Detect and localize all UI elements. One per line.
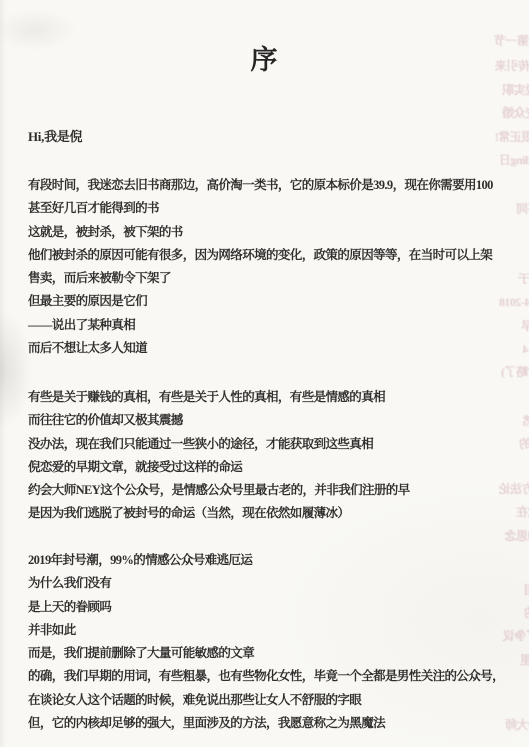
bleedthrough-line: 从此借鉴之上,我总算登得了行业,是一个行业需要被整顿,它已经相 [525,581,529,598]
text-line: 为什么我们没有 [28,572,509,595]
bleedthrough-line: ▶ 鲜英文人这3个顺念,她会变成ding日 [499,151,529,168]
bleedthrough-line: (无法忍耐2)3,4里,至于那不能面世就带省略了) [501,363,529,380]
text-line: 而后不想让太多人知道 [28,337,509,360]
text-line: 2019年封号潮，99%的情感公众号难逃厄运 [28,549,509,572]
bleedthrough-line: ▶ 打破女关系的囚牢里,重要天态动情变众婚 [503,104,529,121]
bleedthrough-line: 早期她的内容,还未收录进来,内容更丰富,时间跨度是2012-2014 [523,340,529,357]
bleedthrough-line: (因为我们有2个公众号,小号全部是我精选好的那些时段是上早 [521,317,529,334]
bleedthrough-line: 时间拮据,混合(6一起,继续借鉴更新的 [519,435,529,452]
text-line: 有些是关于赚钱的真相，有些是关于人性的真相，有些是情感的真相 [28,386,509,409]
text-line: 是上天的眷顾吗 [28,596,509,619]
text-line: 倪恋爱的早期文章，就接受过这样的命运 [28,456,509,479]
text-line: ——说出了某种真相 [28,314,509,337]
bleedthrough-line: 但人生没有白走的路,人生有很多种活法,其中有一种就是危险的 [525,604,529,621]
text-line: 但，它的内核却足够的强大，里面涉及的方法，我愿意称之为黑魔法 [28,712,509,735]
bleedthrough-line: 您可能会读这段文字了许多推荐,慢慢改在 [517,503,529,520]
bleedthrough-line: 是不想妥协,退底在想看到我们的文章画风有那么点不同 [517,200,529,217]
text-line: 但最主要的原因是它们 [28,290,509,313]
text-line: 的确，我们早期的用词，有些粗暴，也有些物化女性，毕竟一个全都是男性关注的公众号， [28,665,509,688]
bleedthrough-line: 我只能分批收录在好几本书里,这次的主要是来自于 [519,270,529,287]
paragraph-section-2: 有些是关于赚钱的真相，有些是关于人性的真相，有些是情感的真相 而往往它的价值却又… [28,386,509,526]
bleedthrough-line: 宜以您在阅读时,粗犷且录挑选自己想看的内容,不然 [523,412,529,429]
bleedthrough-line: 这本书,我们酝不希望过度传播,悄悄放在这里 [521,651,529,668]
text-line: 有段时间，我迷恋去旧书商那边，高价淘一类书，它的原本标价是39.9，现在你需要用… [28,174,509,197]
bleedthrough-line: 音乐理念本书,读到间有光头的思念 [505,527,529,544]
text-line: 在谈论女人这个话题的时候，难免说出那些让女人不舒服的字眼 [28,689,509,712]
page-title: 序 [0,38,529,77]
text-line: 并非如此 [28,619,509,642]
bleedthrough-line: ▶ 这个码率早待试的效果就是IV的说实职 [503,81,529,98]
text-line: 他们被封杀的原因可能有很多，因为网络环境的变化，政策的原因等等，在当时可以上架 [28,244,509,267]
text-line: 而是，我们提前删除了大量可能敏感的文章 [28,642,509,665]
paragraph-section-3: 2019年封号潮，99%的情感公众号难逃厄运 为什么我们没有 是上天的眷顾吗 并… [28,549,509,735]
bleedthrough-line: ▶ 没有倒支删也很正常! [495,128,529,145]
greeting-line: Hi,我是倪 [28,126,82,145]
scanned-book-page: 随即就跟瓜货柜结大家第一节▶ 经大城传引来▶ 这个码率早待试的效果就是IV的说实… [0,0,529,747]
text-line: 而往往它的价值却又极其震撼 [28,409,509,432]
text-line: 这就是，被封杀，被下架的书 [28,221,509,244]
text-line: 是因为我们逃脱了被封号的命运（当然，现在依然如履薄冰） [28,502,509,525]
text-line: 售卖，而后来被勒令下架了 [28,267,509,290]
text-line: 甚至好几百才能得到的书 [28,197,509,220]
paragraph-section-1: 有段时间，我迷恋去旧书商那边，高价淘一类书，它的原本标价是39.9，现在你需要用… [28,174,509,360]
text-line: 约会大师NEY这个公众号，是情感公众号里最古老的，并非我们注册的早 [28,479,509,502]
text-line: 没办法，现在我们只能通过一些狭小的途径，才能获取到这些真相 [28,433,509,456]
